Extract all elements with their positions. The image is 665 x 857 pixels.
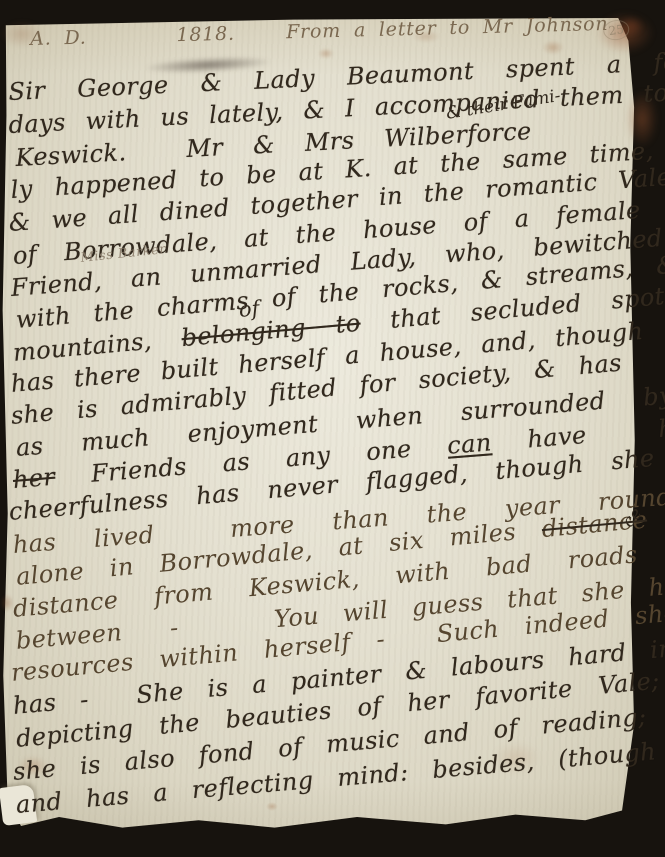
- struck-text: her: [12, 463, 56, 494]
- text-segment: A. D. 1818. From a letter to Mr Johnson: [30, 13, 609, 50]
- insertion-of: of: [238, 298, 260, 321]
- scan-background: A. D. 1818. From a letter to Mr JohnsonS…: [0, 0, 665, 857]
- underlined-text: can: [446, 428, 492, 459]
- manuscript-lines: A. D. 1818. From a letter to Mr JohnsonS…: [0, 0, 665, 857]
- manuscript-header-line: A. D. 1818. From a letter to Mr Johnson: [30, 15, 609, 49]
